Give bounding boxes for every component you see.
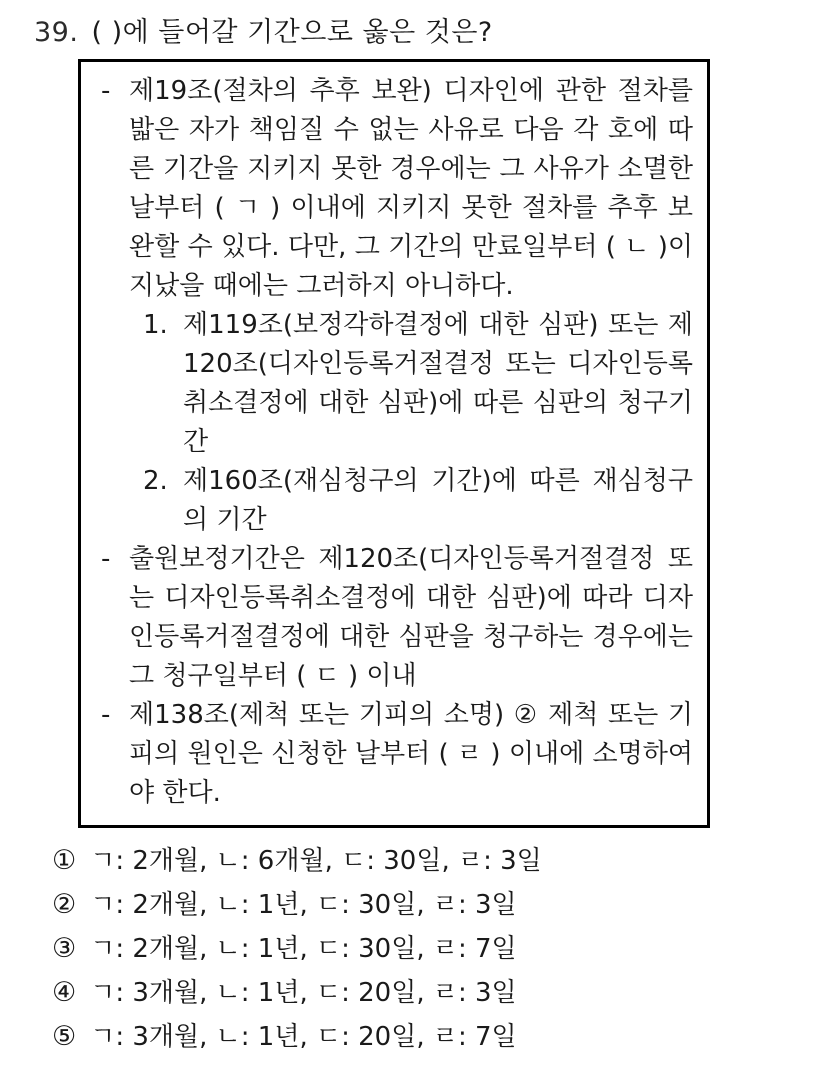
subitem-2-number: 2. bbox=[143, 462, 183, 540]
choice-2-text: ㄱ: 2개월, ㄴ: 1년, ㄷ: 30일, ㄹ: 3일 bbox=[90, 889, 516, 922]
choice-option-5[interactable]: ⑤ ㄱ: 3개월, ㄴ: 1년, ㄷ: 20일, ㄹ: 7일 bbox=[52, 1020, 826, 1054]
passage-subitem-1-text: 제119조(보정각하결정에 대한 심판) 또는 제120조(디자인등록거절결정 … bbox=[183, 306, 693, 462]
choice-1-number: ① bbox=[52, 844, 76, 877]
passage-item-3-text: 제138조(제척 또는 기피의 소명) ② 제척 또는 기피의 원인은 신청한 … bbox=[129, 696, 693, 813]
choice-4-number: ④ bbox=[52, 976, 76, 1009]
choice-option-1[interactable]: ① ㄱ: 2개월, ㄴ: 6개월, ㄷ: 30일, ㄹ: 3일 bbox=[52, 844, 826, 878]
choice-2-number: ② bbox=[52, 888, 76, 921]
passage-box: - 제19조(절차의 추후 보완) 디자인에 관한 절차를 밟은 자가 책임질 … bbox=[78, 59, 710, 828]
choice-option-3[interactable]: ③ ㄱ: 2개월, ㄴ: 1년, ㄷ: 30일, ㄹ: 7일 bbox=[52, 932, 826, 966]
passage-subitem-2-text: 제160조(재심청구의 기간)에 따른 재심청구의 기간 bbox=[183, 462, 693, 540]
passage-item-2-text: 출원보정기간은 제120조(디자인등록거절결정 또는 디자인등록취소결정에 대한… bbox=[129, 540, 693, 696]
choice-1-text: ㄱ: 2개월, ㄴ: 6개월, ㄷ: 30일, ㄹ: 3일 bbox=[90, 845, 542, 878]
choice-4-text: ㄱ: 3개월, ㄴ: 1년, ㄷ: 20일, ㄹ: 3일 bbox=[90, 977, 516, 1010]
passage-subitem-1: 1. 제119조(보정각하결정에 대한 심판) 또는 제120조(디자인등록거절… bbox=[81, 306, 693, 462]
passage-item-3: - 제138조(제척 또는 기피의 소명) ② 제척 또는 기피의 원인은 신청… bbox=[81, 696, 693, 813]
passage-subitem-2: 2. 제160조(재심청구의 기간)에 따른 재심청구의 기간 bbox=[81, 462, 693, 540]
subitem-1-number: 1. bbox=[143, 306, 183, 462]
choices-list: ① ㄱ: 2개월, ㄴ: 6개월, ㄷ: 30일, ㄹ: 3일 ② ㄱ: 2개월… bbox=[52, 844, 826, 1054]
dash-marker: - bbox=[101, 540, 129, 696]
choice-5-number: ⑤ bbox=[52, 1020, 76, 1053]
passage-item-1: - 제19조(절차의 추후 보완) 디자인에 관한 절차를 밟은 자가 책임질 … bbox=[81, 72, 693, 306]
exam-question-page: 39.( )에 들어갈 기간으로 옳은 것은? - 제19조(절차의 추후 보완… bbox=[0, 16, 826, 1054]
choice-3-number: ③ bbox=[52, 932, 76, 965]
dash-marker: - bbox=[101, 696, 129, 813]
choice-3-text: ㄱ: 2개월, ㄴ: 1년, ㄷ: 30일, ㄹ: 7일 bbox=[90, 933, 516, 966]
question-number: 39. bbox=[34, 17, 78, 48]
choice-option-2[interactable]: ② ㄱ: 2개월, ㄴ: 1년, ㄷ: 30일, ㄹ: 3일 bbox=[52, 888, 826, 922]
question-header: 39.( )에 들어갈 기간으로 옳은 것은? bbox=[34, 16, 826, 50]
passage-item-1-text: 제19조(절차의 추후 보완) 디자인에 관한 절차를 밟은 자가 책임질 수 … bbox=[129, 72, 693, 306]
passage-item-2: - 출원보정기간은 제120조(디자인등록거절결정 또는 디자인등록취소결정에 … bbox=[81, 540, 693, 696]
question-text: ( )에 들어갈 기간으로 옳은 것은? bbox=[91, 17, 492, 48]
choice-5-text: ㄱ: 3개월, ㄴ: 1년, ㄷ: 20일, ㄹ: 7일 bbox=[90, 1021, 516, 1054]
dash-marker: - bbox=[101, 72, 129, 306]
choice-option-4[interactable]: ④ ㄱ: 3개월, ㄴ: 1년, ㄷ: 20일, ㄹ: 3일 bbox=[52, 976, 826, 1010]
